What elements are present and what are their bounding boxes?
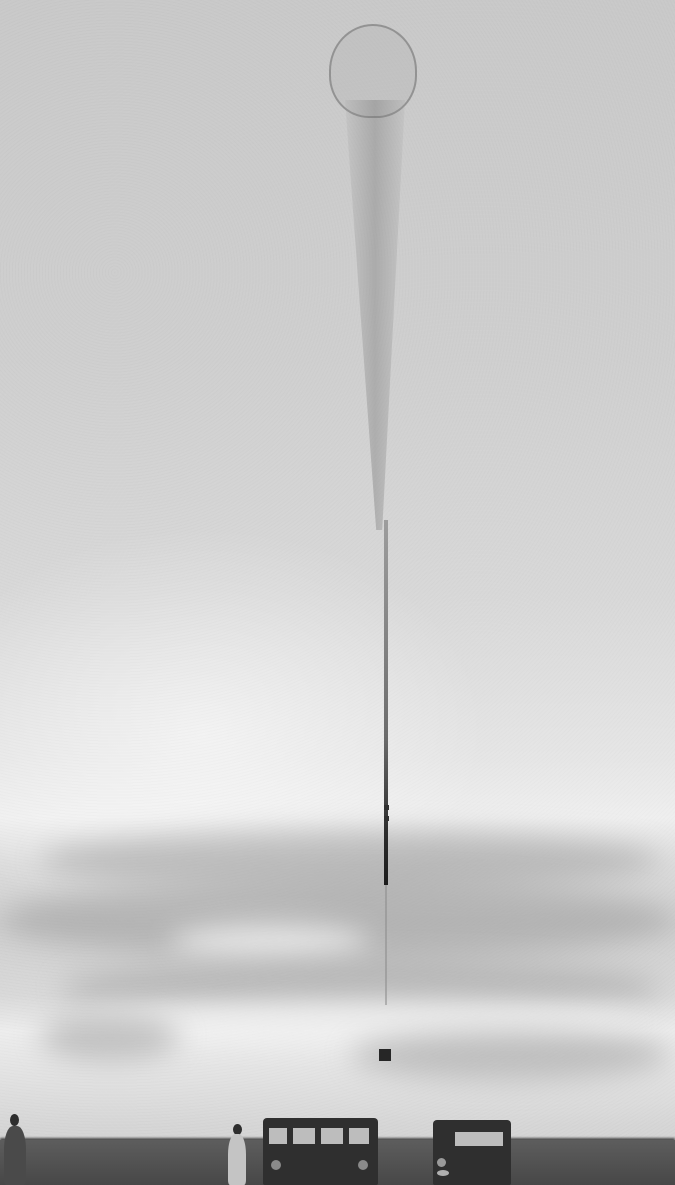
vehicle-headlight: [437, 1170, 449, 1176]
cloud-band: [40, 1015, 180, 1060]
vehicle-headlight: [358, 1160, 368, 1170]
instrument-marker: [384, 805, 389, 810]
tether-line: [385, 885, 387, 1005]
person-head: [10, 1114, 19, 1126]
cloud-highlight: [170, 925, 370, 960]
balloon-launch-photo: [0, 0, 675, 1185]
vehicle-window: [349, 1128, 369, 1144]
vehicle-window: [293, 1128, 315, 1144]
person: [4, 1126, 26, 1185]
vehicle: [263, 1118, 378, 1185]
instrument-marker: [384, 816, 389, 821]
payload-gondola: [379, 1049, 391, 1061]
balloon-tail: [384, 520, 388, 885]
vehicle-headlight: [437, 1158, 446, 1167]
vehicle-window: [269, 1128, 287, 1144]
vehicle: [433, 1120, 511, 1185]
cloud-band: [350, 1030, 670, 1080]
person: [228, 1134, 246, 1185]
vehicle-window: [455, 1132, 503, 1146]
vehicle-headlight: [271, 1160, 281, 1170]
vehicle-window: [321, 1128, 343, 1144]
